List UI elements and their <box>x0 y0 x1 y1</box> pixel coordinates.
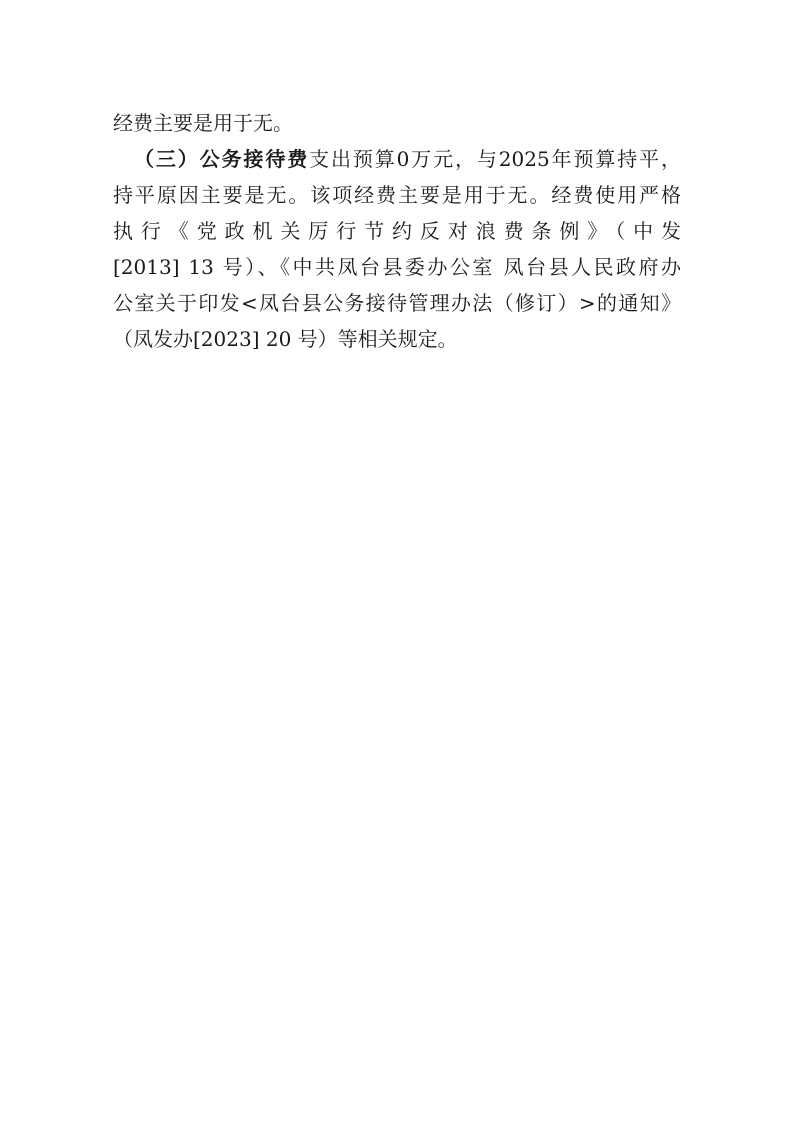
body-line-last: （凤发办[2023] 20 号）等相关规定。 <box>113 324 681 354</box>
body-line: 执行《党政机关厉行节约反对浪费条例》（中发 <box>113 216 681 246</box>
body-text: 经费主要是用于无。 <box>113 111 293 135</box>
body-line: 公室关于印发<凤台县公务接待管理办法（修订）>的通知》 <box>113 288 681 318</box>
body-text: 支出预算0万元，与2025年预算持平， <box>309 147 681 171</box>
body-text: （凤发办[2023] 20 号）等相关规定。 <box>113 327 458 351</box>
body-text: 公室关于印发<凤台县公务接待管理办法（修订）>的通知》 <box>113 291 681 315</box>
body-text: 执行《党政机关厉行节约反对浪费条例》（中发 <box>113 219 681 243</box>
body-line: [2013] 13 号）、《中共凤台县委办公室 凤台县人民政府办 <box>113 252 681 282</box>
body-line: 持平原因主要是无。该项经费主要是用于无。经费使用严格 <box>113 180 681 210</box>
document-page: 经费主要是用于无。 （三）公务接待费支出预算0万元，与2025年预算持平， 持平… <box>0 0 793 1122</box>
section-three-first-line: （三）公务接待费支出预算0万元，与2025年预算持平， <box>134 144 681 174</box>
section-heading-reception-expenses: （三）公务接待费 <box>134 147 309 171</box>
body-text: [2013] 13 号）、《中共凤台县委办公室 凤台县人民政府办 <box>113 255 681 279</box>
body-text: 持平原因主要是无。该项经费主要是用于无。经费使用严格 <box>113 183 681 207</box>
paragraph-continuation-line: 经费主要是用于无。 <box>113 108 681 138</box>
